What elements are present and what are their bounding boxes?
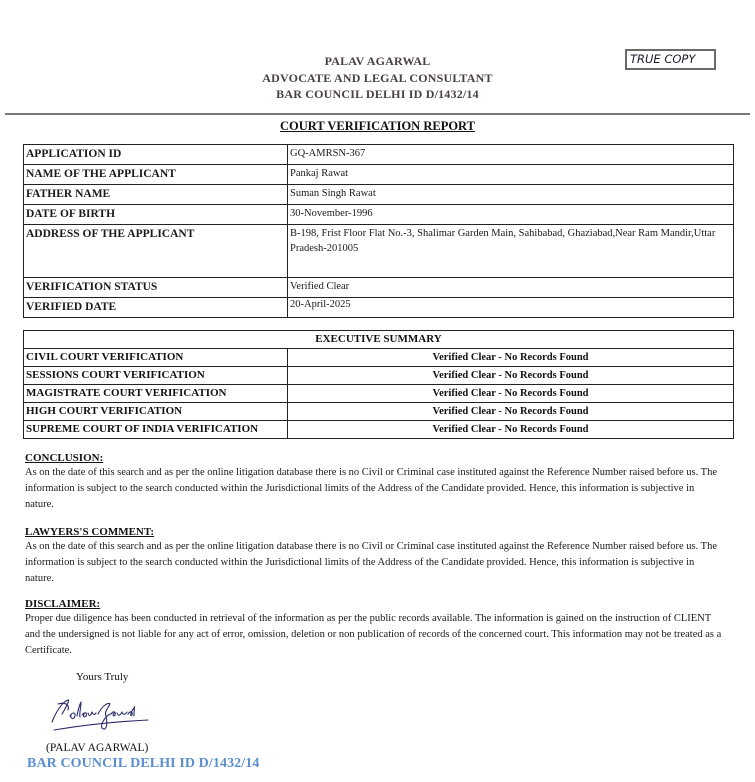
disclaimer-text: Proper due diligence has been conducted … <box>25 611 725 659</box>
table-row: HIGH COURT VERIFICATION Verified Clear -… <box>24 403 734 421</box>
court-label: MAGISTRATE COURT VERIFICATION <box>24 385 288 403</box>
table-row: FATHER NAME Suman Singh Rawat <box>24 185 734 205</box>
table-row: VERIFICATION STATUS Verified Clear <box>24 278 734 298</box>
court-result: Verified Clear - No Records Found <box>288 403 734 421</box>
court-result: Verified Clear - No Records Found <box>288 421 734 439</box>
table-row: DATE OF BIRTH 30-November-1996 <box>24 205 734 225</box>
table-row: APPLICATION ID GQ-AMRSN-367 <box>24 145 734 165</box>
closing-text: Yours Truly <box>76 671 128 683</box>
table-row: SESSIONS COURT VERIFICATION Verified Cle… <box>24 367 734 385</box>
court-result: Verified Clear - No Records Found <box>288 367 734 385</box>
executive-summary-heading: EXECUTIVE SUMMARY <box>24 331 734 349</box>
report-title: COURT VERIFICATION REPORT <box>0 119 755 134</box>
court-label: HIGH COURT VERIFICATION <box>24 403 288 421</box>
field-label: VERIFIED DATE <box>24 298 288 318</box>
signatory-bar-id: BAR COUNCIL DELHI ID D/1432/14 <box>27 756 259 772</box>
table-header-row: EXECUTIVE SUMMARY <box>24 331 734 349</box>
bar-council-id: BAR COUNCIL DELHI ID D/1432/14 <box>0 86 755 103</box>
disclaimer-section: DISCLAIMER: Proper due diligence has bee… <box>25 597 725 659</box>
signatory-name: (PALAV AGARWAL) <box>46 742 148 754</box>
table-row: MAGISTRATE COURT VERIFICATION Verified C… <box>24 385 734 403</box>
table-row: ADDRESS OF THE APPLICANT B-198, Frist Fl… <box>24 225 734 278</box>
field-label: APPLICATION ID <box>24 145 288 165</box>
field-label: DATE OF BIRTH <box>24 205 288 225</box>
field-label: ADDRESS OF THE APPLICANT <box>24 225 288 278</box>
conclusion-heading: CONCLUSION: <box>25 451 725 465</box>
conclusion-section: CONCLUSION: As on the date of this searc… <box>25 451 725 513</box>
field-label: FATHER NAME <box>24 185 288 205</box>
field-value: Verified Clear <box>288 278 734 298</box>
field-label: NAME OF THE APPLICANT <box>24 165 288 185</box>
advocate-title: ADVOCATE AND LEGAL CONSULTANT <box>0 70 755 87</box>
field-value: 20-April-2025 <box>288 298 734 318</box>
court-result: Verified Clear - No Records Found <box>288 349 734 367</box>
court-result: Verified Clear - No Records Found <box>288 385 734 403</box>
lawyers-comment-heading: LAWYERS'S COMMENT: <box>25 525 725 539</box>
table-row: CIVIL COURT VERIFICATION Verified Clear … <box>24 349 734 367</box>
court-label: CIVIL COURT VERIFICATION <box>24 349 288 367</box>
header-divider <box>5 113 750 115</box>
field-value: Suman Singh Rawat <box>288 185 734 205</box>
table-row: SUPREME COURT OF INDIA VERIFICATION Veri… <box>24 421 734 439</box>
true-copy-stamp: TRUE COPY <box>625 49 716 70</box>
disclaimer-heading: DISCLAIMER: <box>25 597 725 611</box>
signature-image <box>48 694 158 734</box>
conclusion-text: As on the date of this search and as per… <box>25 465 725 513</box>
lawyers-comment-section: LAWYERS'S COMMENT: As on the date of thi… <box>25 525 725 587</box>
court-label: SUPREME COURT OF INDIA VERIFICATION <box>24 421 288 439</box>
applicant-info-table: APPLICATION ID GQ-AMRSN-367 NAME OF THE … <box>23 144 734 318</box>
table-row: VERIFIED DATE 20-April-2025 <box>24 298 734 318</box>
court-label: SESSIONS COURT VERIFICATION <box>24 367 288 385</box>
field-label: VERIFICATION STATUS <box>24 278 288 298</box>
field-value: B-198, Frist Floor Flat No.-3, Shalimar … <box>288 225 734 278</box>
table-row: NAME OF THE APPLICANT Pankaj Rawat <box>24 165 734 185</box>
field-value: GQ-AMRSN-367 <box>288 145 734 165</box>
field-value: 30-November-1996 <box>288 205 734 225</box>
executive-summary-table: EXECUTIVE SUMMARY CIVIL COURT VERIFICATI… <box>23 330 734 439</box>
lawyers-comment-text: As on the date of this search and as per… <box>25 539 725 587</box>
field-value: Pankaj Rawat <box>288 165 734 185</box>
